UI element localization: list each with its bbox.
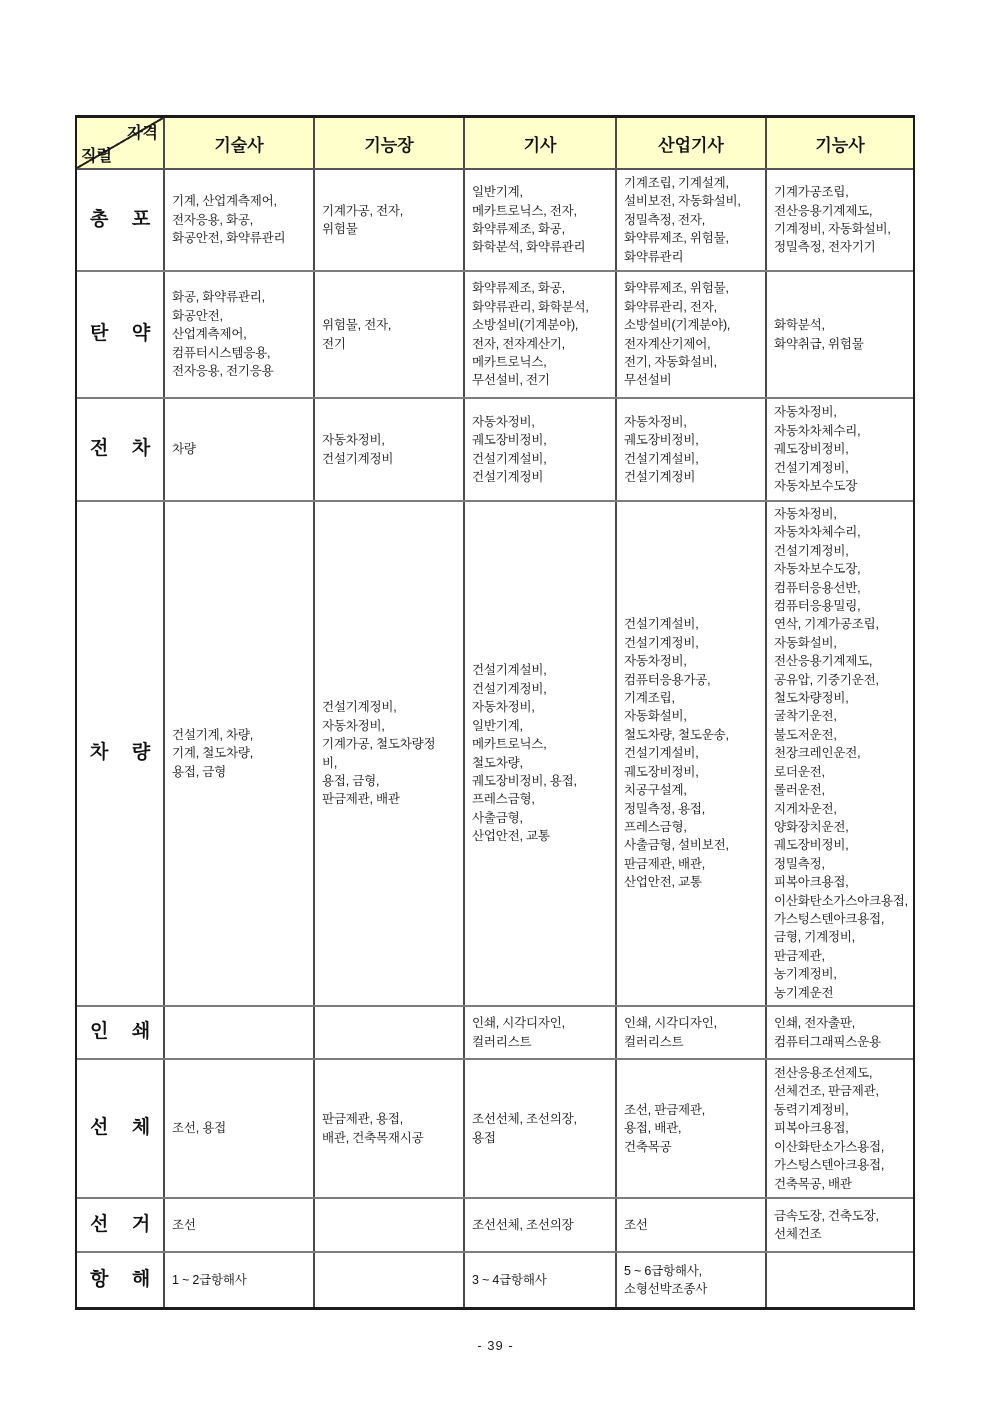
table-cell — [163, 1007, 313, 1058]
table-row-tank: 전 차 차량 자동차정비, 건설기계정비 자동차정비, 궤도장비정비, 건설기계… — [77, 397, 913, 500]
table-cell: 건설기계, 차량, 기계, 철도차량, 용접, 금형 — [163, 502, 313, 1005]
table-cell: 금속도장, 건축도장, 선체건조 — [765, 1199, 913, 1251]
table-row-gun: 총 포 기계, 산업계측제어, 전자응용, 화공, 화공안전, 화약류관리 기계… — [77, 168, 913, 270]
table-cell: 자동차정비, 궤도장비정비, 건설기계설비, 건설기계정비 — [463, 399, 615, 500]
table-cell: 조선 — [615, 1199, 765, 1251]
table-cell: 자동차정비, 자동차차체수리, 궤도장비정비, 건설기계정비, 자동차보수도장 — [765, 399, 913, 500]
table-cell: 화약류제조, 위험물, 화약류관리, 전자, 소방설비(기계분야), 전자계산기… — [615, 272, 765, 397]
table-cell: 화약류제조, 화공, 화약류관리, 화학분석, 소방설비(기계분야), 전자, … — [463, 272, 615, 397]
corner-header-cell: 자격 직렬 — [77, 118, 163, 168]
table-cell: 차량 — [163, 399, 313, 500]
table-cell: 인쇄, 시각디자인, 컬러리스트 — [615, 1007, 765, 1058]
table-cell: 조선 — [163, 1199, 313, 1251]
table-row-printing: 인 쇄 인쇄, 시각디자인, 컬러리스트 인쇄, 시각디자인, 컬러리스트 인쇄… — [77, 1005, 913, 1058]
table-cell: 조선, 용접 — [163, 1060, 313, 1197]
row-label: 선 체 — [77, 1060, 163, 1197]
table-cell: 인쇄, 시각디자인, 컬러리스트 — [463, 1007, 615, 1058]
column-header-gineungjang: 기능장 — [313, 118, 463, 168]
column-header-saneopgisa: 산업기사 — [615, 118, 765, 168]
table-header-row: 자격 직렬 기술사 기능장 기사 산업기사 기능사 — [77, 118, 913, 168]
table-cell — [313, 1007, 463, 1058]
corner-label-qualification: 자격 — [127, 120, 158, 143]
column-header-gisulsa: 기술사 — [163, 118, 313, 168]
row-label: 인 쇄 — [77, 1007, 163, 1058]
table-cell: 자동차정비, 궤도장비정비, 건설기계설비, 건설기계정비 — [615, 399, 765, 500]
table-cell — [765, 1253, 913, 1307]
table-cell: 화학분석, 화약취급, 위험물 — [765, 272, 913, 397]
table-cell — [313, 1253, 463, 1307]
row-label: 총 포 — [77, 170, 163, 270]
corner-label-series: 직렬 — [81, 143, 112, 166]
table-row-navigation: 항 해 1 ~ 2급항해사 3 ~ 4급항해사 5 ~ 6급항해사, 소형선박조… — [77, 1251, 913, 1307]
table-cell: 조선, 판금제관, 용접, 배관, 건축목공 — [615, 1060, 765, 1197]
column-header-gineungsa: 기능사 — [765, 118, 913, 168]
table-cell: 건설기계정비, 자동차정비, 기계가공, 철도차량정 비, 용접, 금형, 판금… — [313, 502, 463, 1005]
table-cell: 조선선체, 조선의장, 용접 — [463, 1060, 615, 1197]
table-cell — [313, 1199, 463, 1251]
column-header-gisa: 기사 — [463, 118, 615, 168]
table-cell: 기계, 산업계측제어, 전자응용, 화공, 화공안전, 화약류관리 — [163, 170, 313, 270]
table-cell: 화공, 화약류관리, 화공안전, 산업계측제어, 컴퓨터시스템응용, 전자응용,… — [163, 272, 313, 397]
table-cell: 전산응용조선제도, 선체건조, 판금제관, 동력기계정비, 피복아크용접, 이산… — [765, 1060, 913, 1197]
table-cell: 1 ~ 2급항해사 — [163, 1253, 313, 1307]
page-number: - 39 - — [0, 1338, 991, 1353]
table-cell: 자동차정비, 건설기계정비 — [313, 399, 463, 500]
table-cell: 3 ~ 4급항해사 — [463, 1253, 615, 1307]
table-cell: 5 ~ 6급항해사, 소형선박조종사 — [615, 1253, 765, 1307]
row-label: 탄 약 — [77, 272, 163, 397]
table-cell: 조선선체, 조선의장 — [463, 1199, 615, 1251]
table-cell: 건설기계설비, 건설기계정비, 자동차정비, 컴퓨터응용가공, 기계조립, 자동… — [615, 502, 765, 1005]
row-label: 차 량 — [77, 502, 163, 1005]
row-label: 전 차 — [77, 399, 163, 500]
table-row-dock: 선 거 조선 조선선체, 조선의장 조선 금속도장, 건축도장, 선체건조 — [77, 1197, 913, 1251]
table-cell: 기계조립, 기계설계, 설비보전, 자동화설비, 정밀측정, 전자, 화약류제조… — [615, 170, 765, 270]
table-cell: 위험물, 전자, 전기 — [313, 272, 463, 397]
qualification-table: 자격 직렬 기술사 기능장 기사 산업기사 기능사 총 포 기계, 산업계측제어… — [75, 115, 915, 1310]
table-cell: 일반기계, 메카트로닉스, 전자, 화약류제조, 화공, 화학분석, 화약류관리 — [463, 170, 615, 270]
table-row-ammunition: 탄 약 화공, 화약류관리, 화공안전, 산업계측제어, 컴퓨터시스템응용, 전… — [77, 270, 913, 397]
table-cell: 판금제관, 용접, 배관, 건축목재시공 — [313, 1060, 463, 1197]
table-cell: 기계가공, 전자, 위험물 — [313, 170, 463, 270]
table-cell: 기계가공조립, 전산응용기계제도, 기계정비, 자동화설비, 정밀측정, 전자기… — [765, 170, 913, 270]
row-label: 선 거 — [77, 1199, 163, 1251]
document-page: 자격 직렬 기술사 기능장 기사 산업기사 기능사 총 포 기계, 산업계측제어… — [0, 0, 991, 1403]
table-cell: 자동차정비, 자동차차체수리, 건설기계정비, 자동차보수도장, 컴퓨터응용선반… — [765, 502, 913, 1005]
table-row-hull: 선 체 조선, 용접 판금제관, 용접, 배관, 건축목재시공 조선선체, 조선… — [77, 1058, 913, 1197]
table-cell: 건설기계설비, 건설기계정비, 자동차정비, 일반기계, 메카트로닉스, 철도차… — [463, 502, 615, 1005]
table-cell: 인쇄, 전자출판, 컴퓨터그래픽스운용 — [765, 1007, 913, 1058]
table-row-vehicle: 차 량 건설기계, 차량, 기계, 철도차량, 용접, 금형 건설기계정비, 자… — [77, 500, 913, 1005]
row-label: 항 해 — [77, 1253, 163, 1307]
